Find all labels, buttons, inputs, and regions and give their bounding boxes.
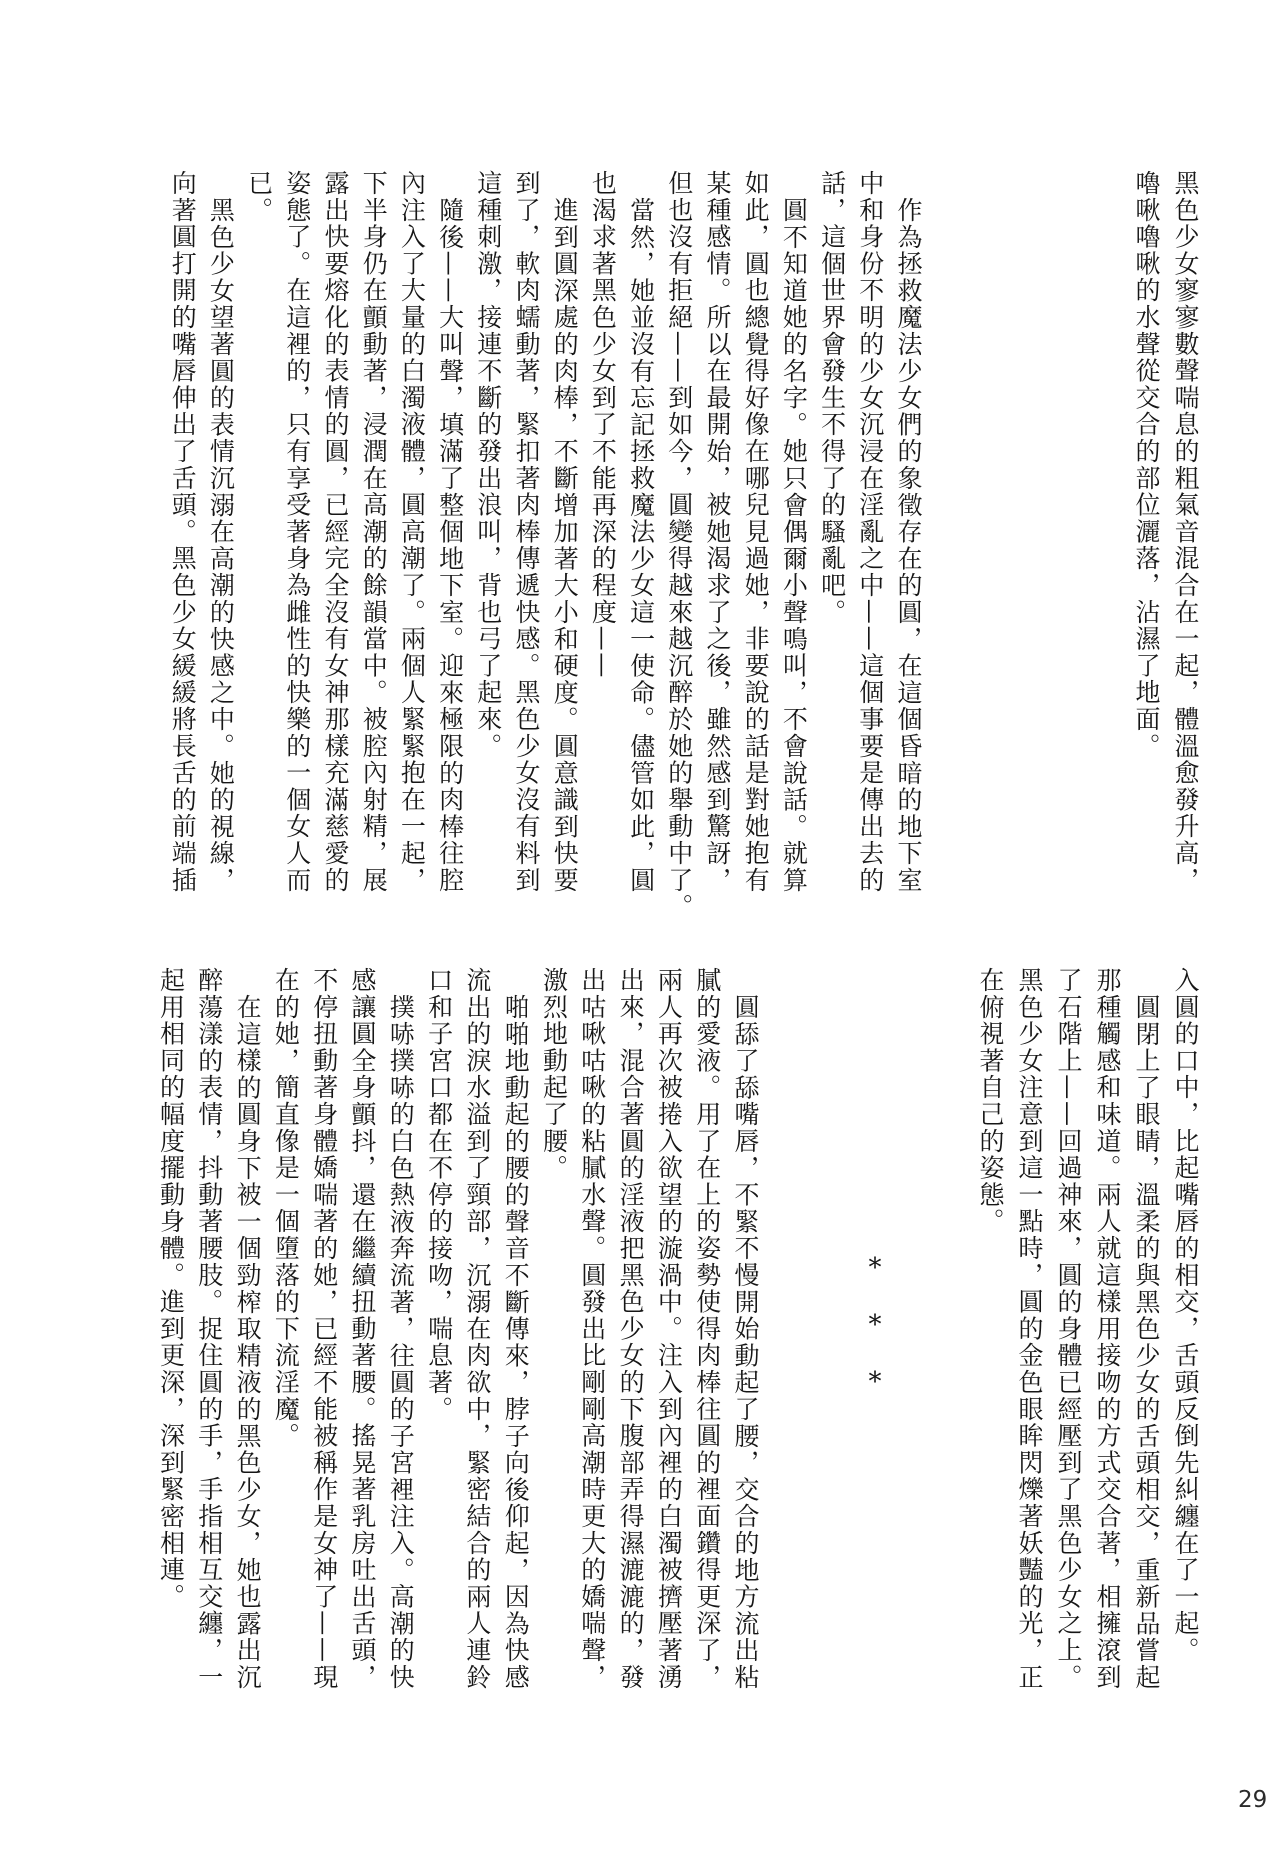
text-column: 流出的淚水溢到了頸部，沉溺在肉欲中，緊密結合的兩人連鈴 (463, 967, 491, 1691)
text-column: 入圓的口中，比起嘴唇的相交，舌頭反倒先糾纏在了一起。 (1171, 967, 1199, 1664)
text-column: 起用相同的幅度擺動身體。進到更深，深到緊密相連。 (157, 967, 185, 1610)
text-column: 激烈地動起了腰。 (540, 967, 568, 1181)
separator-asterisk: * (869, 1312, 882, 1338)
separator-asterisk: * (869, 1369, 882, 1395)
text-column: 啪啪地動起的腰的聲音不斷傳來，脖子向後仰起，因為快感 (501, 967, 529, 1691)
text-column: 黑色少女注意到這一點時，圓的金色眼眸閃爍著妖豔的光，正 (1015, 967, 1043, 1691)
text-column: 在這樣的圓身下被一個勁榨取精液的黑色少女，她也露出沉 (233, 967, 261, 1691)
lower-text-block: 入圓的口中，比起嘴唇的相交，舌頭反倒先糾纏在了一起。圓閉上了眼睛，溫柔的與黑色少… (0, 0, 1280, 1868)
text-column: 感讓圓全身顫抖，還在繼續扭動著腰。搖晃著乳房吐出舌頭， (348, 967, 376, 1691)
text-column: 在俯視著自己的姿態。 (976, 967, 1004, 1235)
text-column: 口和子宮口都在不停的接吻，喘息著。 (425, 967, 453, 1423)
section-separator: *** (861, 1255, 889, 1395)
page-number: 29 (1238, 1787, 1267, 1813)
text-column: 圓舔了舔嘴唇，不緊不慢開始動起了腰，交合的地方流出粘 (731, 967, 759, 1691)
separator-asterisk: * (869, 1255, 882, 1281)
text-column: 圓閉上了眼睛，溫柔的與黑色少女的舌頭相交，重新品嘗起 (1132, 967, 1160, 1691)
text-column: 在的她，簡直像是一個墮落的下流淫魔。 (271, 967, 299, 1449)
text-column: 那種觸感和味道。兩人就這樣用接吻的方式交合著，相擁滾到 (1093, 967, 1121, 1691)
scanned-page: 黑色少女寥寥數聲喘息的粗氣音混合在一起，體溫愈發升高，嚕啾嚕啾的水聲從交合的部位… (0, 0, 1280, 1868)
text-column: 了石階上——回過神來，圓的身體已經壓到了黑色少女之上。 (1054, 967, 1082, 1691)
text-column: 醉蕩漾的表情，抖動著腰肢。捉住圓的手，手指相互交纏，一 (195, 967, 223, 1691)
text-column: 膩的愛液。用了在上的姿勢使得肉棒往圓的裡面鑽得更深了， (693, 967, 721, 1691)
text-column: 出來，混合著圓的淫液把黑色少女的下腹部弄得濕漉漉的，發 (616, 967, 644, 1691)
text-column: 兩人再次被捲入欲望的漩渦中。注入到內裡的白濁被擠壓著湧 (654, 967, 682, 1691)
text-column: 不停扭動著身體嬌喘著的她，已經不能被稱作是女神了——現 (310, 967, 338, 1691)
text-column: 出咕啾咕啾的粘膩水聲。圓發出比剛剛高潮時更大的嬌喘聲， (578, 967, 606, 1691)
text-column: 撲哧撲哧的白色熱液奔流著，往圓的子宮裡注入。高潮的快 (386, 967, 414, 1691)
